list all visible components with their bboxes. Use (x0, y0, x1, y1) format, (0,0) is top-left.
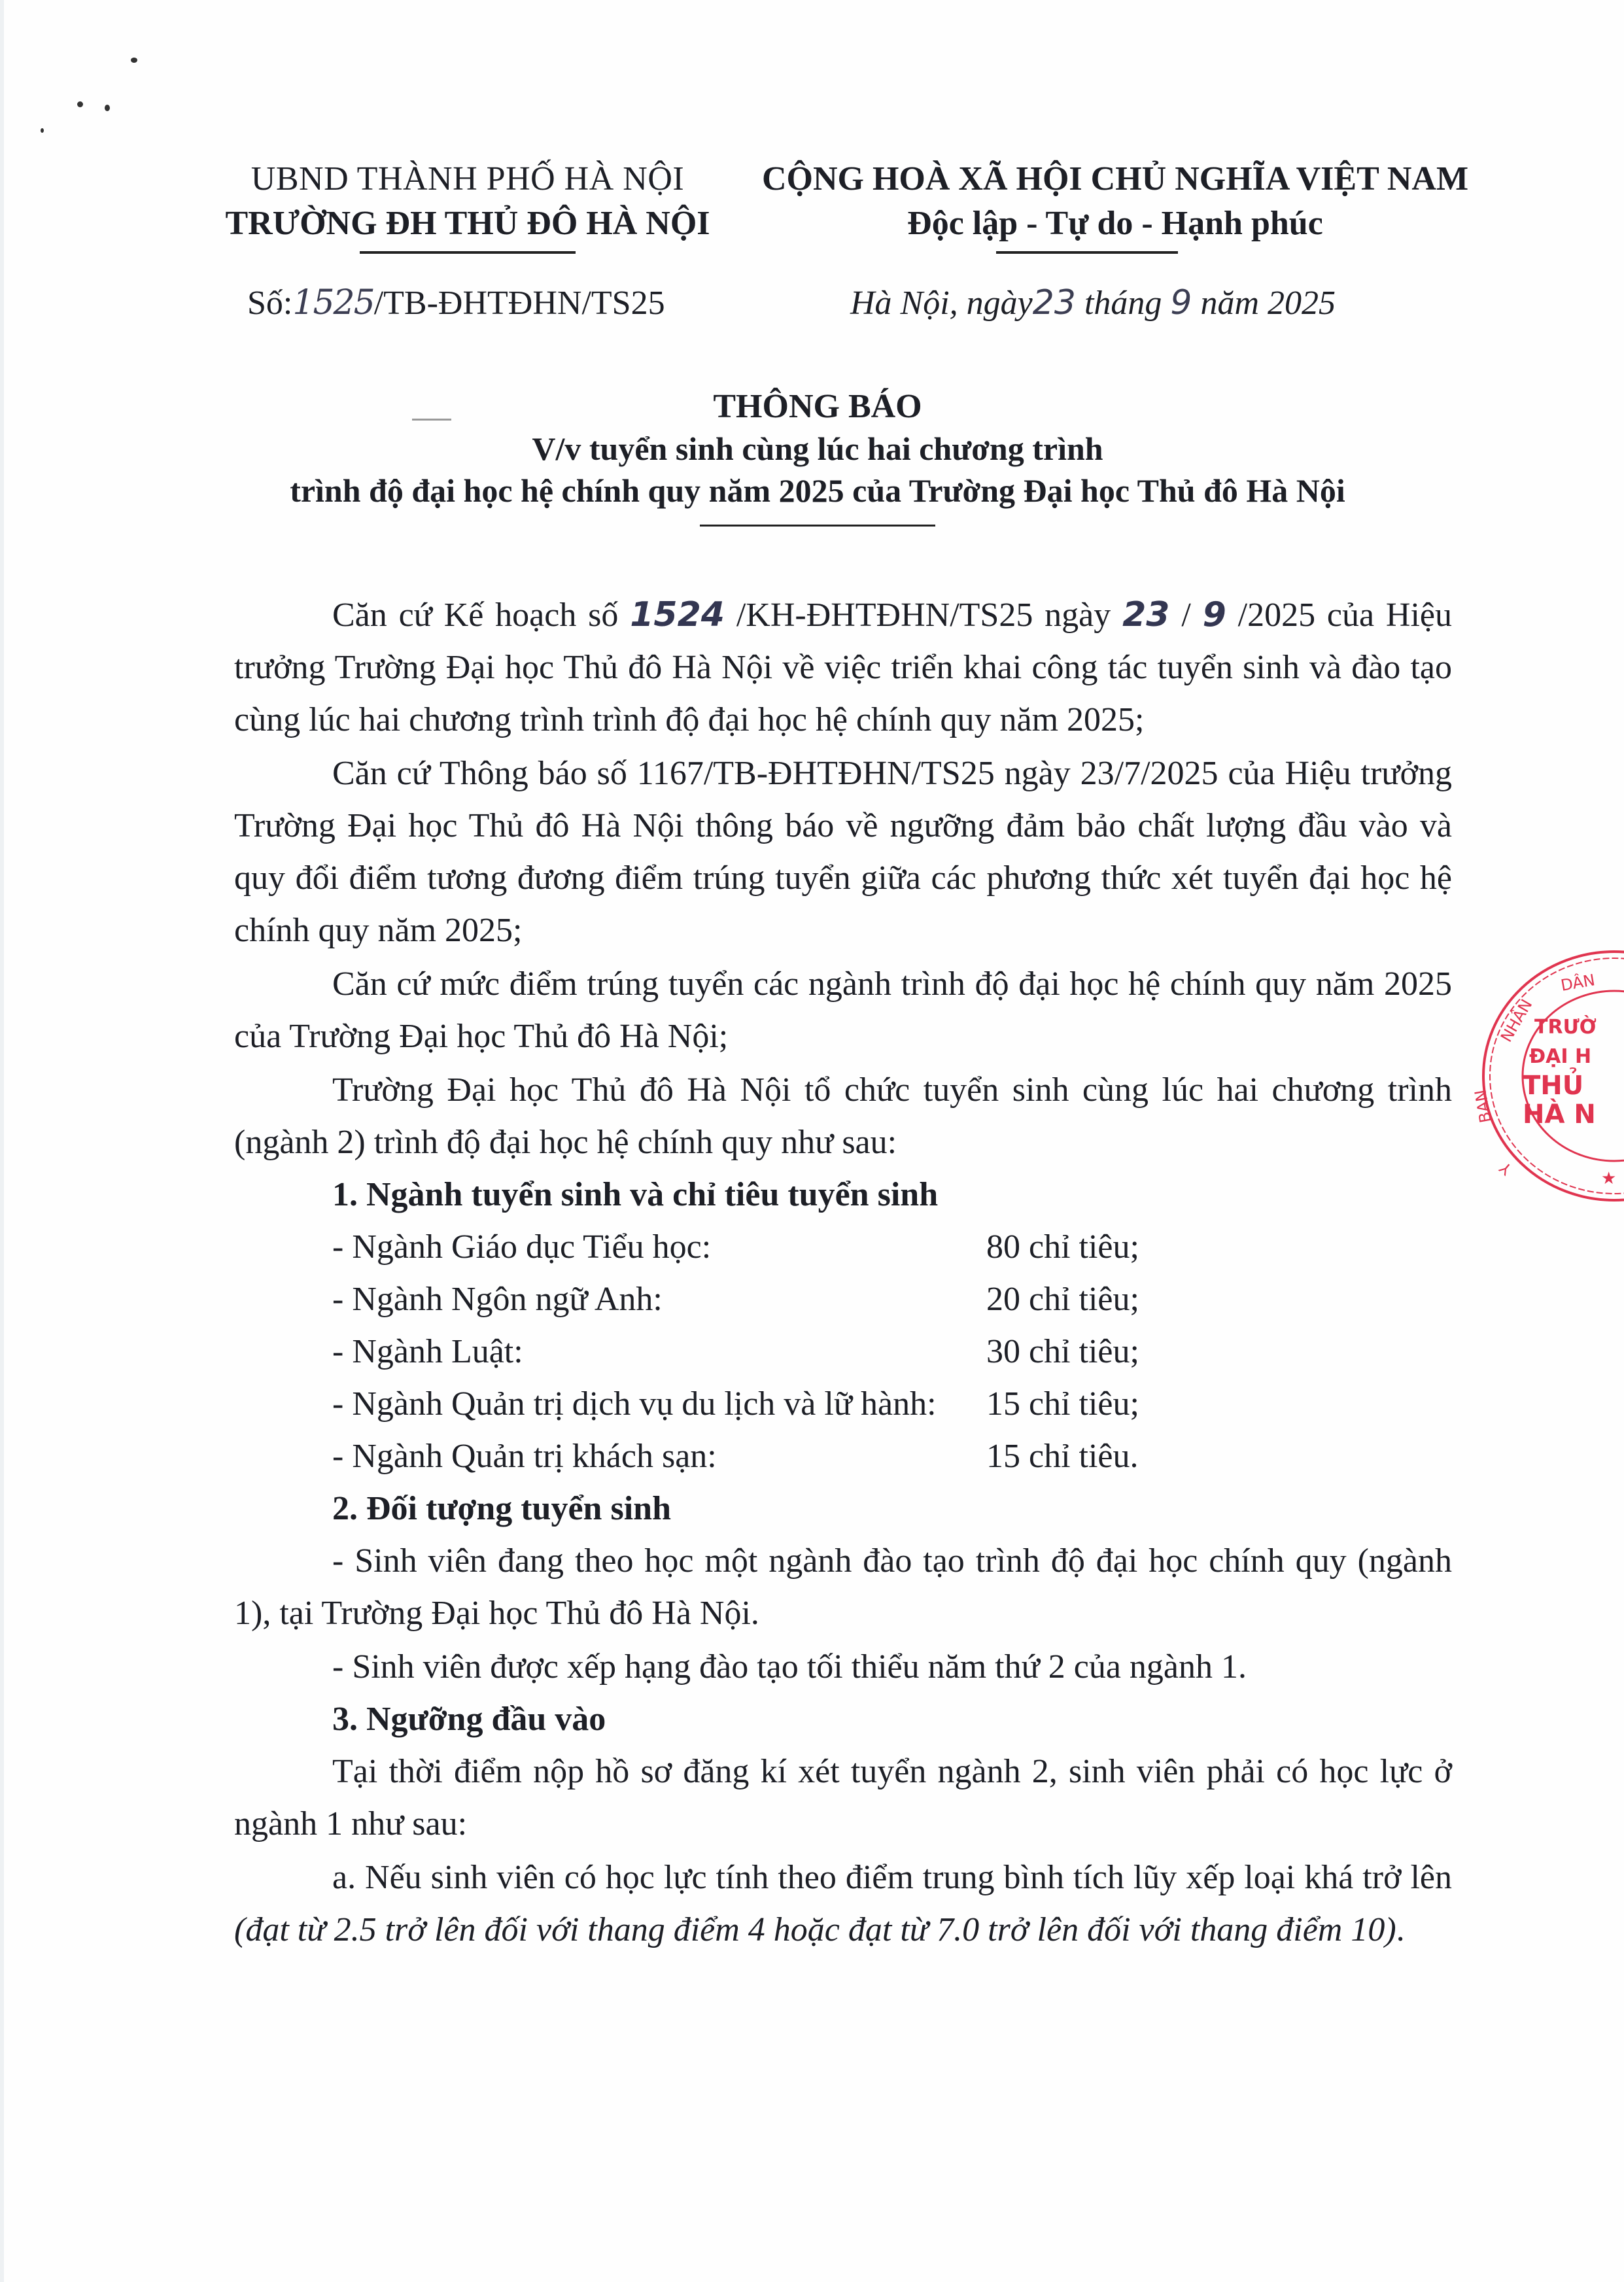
basis-paragraph-2: Căn cứ Thông báo số 1167/TB-ĐHTĐHN/TS25 … (234, 748, 1452, 957)
parent-authority: UBND THÀNH PHỐ HÀ NỘI (196, 157, 739, 201)
plan-number-handwritten: 1524 (630, 595, 725, 634)
eligibility-item: - Sinh viên được xếp hạng đào tạo tối th… (234, 1641, 1452, 1693)
quota-major: - Ngành Quản trị dịch vụ du lịch và lữ h… (332, 1378, 986, 1430)
title-heading: THÔNG BÁO (196, 386, 1439, 428)
header-rule (360, 251, 576, 254)
quota-major: - Ngành Giáo dục Tiểu học: (332, 1221, 986, 1273)
quota-major: - Ngành Quản trị khách sạn: (332, 1430, 986, 1483)
basis1-text: Căn cứ Kế hoạch số (332, 596, 630, 634)
scan-speck (41, 128, 44, 133)
national-motto: CỘNG HOÀ XÃ HỘI CHỦ NGHĨA VIỆT NAM Độc l… (739, 157, 1491, 254)
date-month: 9 (1170, 283, 1192, 322)
svg-text:HÀ N: HÀ N (1523, 1098, 1596, 1130)
svg-text:Y: Y (1496, 1158, 1515, 1179)
quota-row: - Ngành Quản trị dịch vụ du lịch và lữ h… (234, 1378, 1452, 1430)
quota-count: 30 chỉ tiêu; (986, 1326, 1139, 1378)
document-number: Số:1525/TB-ĐHTĐHN/TS25 (247, 281, 665, 325)
country-name: CỘNG HOÀ XÃ HỘI CHỦ NGHĨA VIỆT NAM (739, 157, 1491, 201)
svg-text:★: ★ (1601, 1169, 1616, 1188)
quota-major: - Ngành Ngôn ngữ Anh: (332, 1273, 986, 1326)
date-year: năm 2025 (1192, 285, 1336, 322)
quota-count: 20 chỉ tiêu; (986, 1273, 1139, 1326)
scan-speck (105, 105, 110, 111)
basis-paragraph-1: Căn cứ Kế hoạch số 1524 /KH-ĐHTĐHN/TS25 … (234, 589, 1452, 746)
section-1-title: 1. Ngành tuyển sinh và chỉ tiêu tuyển si… (234, 1169, 1452, 1221)
basis-paragraph-3: Căn cứ mức điểm trúng tuyển các ngành tr… (234, 958, 1452, 1063)
basis1-text: /KH-ĐHTĐHN/TS25 ngày (725, 596, 1122, 634)
section-2-title: 2. Đối tượng tuyển sinh (234, 1483, 1452, 1535)
notice-body: Căn cứ Kế hoạch số 1524 /KH-ĐHTĐHN/TS25 … (234, 589, 1452, 1956)
basis1-sep: / (1169, 596, 1202, 634)
svg-text:DÂN: DÂN (1559, 970, 1597, 995)
quota-list: - Ngành Giáo dục Tiểu học:80 chỉ tiêu;- … (234, 1221, 1452, 1483)
svg-text:THỦ: THỦ (1523, 1066, 1583, 1101)
title-subject-1: V/v tuyển sinh cùng lúc hai chương trình (196, 428, 1439, 470)
motto: Độc lập - Tự do - Hạnh phúc (739, 201, 1491, 246)
date-day: 23 (1033, 283, 1076, 322)
notice-title: THÔNG BÁO V/v tuyển sinh cùng lúc hai ch… (196, 386, 1439, 527)
scan-speck (77, 101, 83, 107)
quota-row: - Ngành Giáo dục Tiểu học:80 chỉ tiêu; (234, 1221, 1452, 1273)
quota-count: 15 chỉ tiêu. (986, 1430, 1139, 1483)
quota-row: - Ngành Quản trị khách sạn:15 chỉ tiêu. (234, 1430, 1452, 1483)
official-seal: TRƯỜ ĐẠI H THỦ HÀ N ★ DÂN NHÂN BAN Y (1477, 952, 1624, 1200)
date-month-label: tháng (1076, 285, 1170, 322)
threshold-a-end: . (1396, 1911, 1405, 1948)
quota-row: - Ngành Luật:30 chỉ tiêu; (234, 1326, 1452, 1378)
eligibility-item: - Sinh viên đang theo học một ngành đào … (234, 1535, 1452, 1640)
doc-number-handwritten: 1525 (292, 283, 373, 322)
threshold-item-a: a. Nếu sinh viên có học lực tính theo đi… (234, 1852, 1452, 1956)
document-page: UBND THÀNH PHỐ HÀ NỘI TRƯỜNG ĐH THỦ ĐÔ H… (0, 0, 1624, 2282)
quota-major: - Ngành Luật: (332, 1326, 986, 1378)
threshold-a-scale: (đạt từ 2.5 trở lên đối với thang điểm 4… (234, 1911, 1396, 1948)
intro-paragraph: Trường Đại học Thủ đô Hà Nội tổ chức tuy… (234, 1064, 1452, 1169)
svg-text:NHÂN: NHÂN (1496, 996, 1536, 1045)
quota-row: - Ngành Ngôn ngữ Anh:20 chỉ tiêu; (234, 1273, 1452, 1326)
threshold-a-text: a. Nếu sinh viên có học lực tính theo đi… (332, 1859, 1452, 1896)
section-3-title: 3. Ngưỡng đầu vào (234, 1693, 1452, 1746)
doc-number-suffix: /TB-ĐHTĐHN/TS25 (374, 285, 665, 322)
svg-text:ĐẠI H: ĐẠI H (1529, 1045, 1591, 1068)
quota-count: 80 chỉ tiêu; (986, 1221, 1139, 1273)
threshold-intro: Tại thời điểm nộp hồ sơ đăng kí xét tuyể… (234, 1746, 1452, 1850)
title-subject-2: trình độ đại học hệ chính quy năm 2025 c… (196, 470, 1439, 511)
quota-count: 15 chỉ tiêu; (986, 1378, 1139, 1430)
motto-rule (996, 251, 1178, 254)
doc-number-prefix: Số: (247, 285, 292, 322)
seal-line-1: TRƯỜ (1534, 1014, 1597, 1039)
scan-edge (0, 0, 4, 2282)
date-prefix: Hà Nội, ngày (850, 285, 1033, 322)
document-date: Hà Nội, ngày23 tháng 9 năm 2025 (850, 281, 1336, 325)
issuing-authority: UBND THÀNH PHỐ HÀ NỘI TRƯỜNG ĐH THỦ ĐÔ H… (196, 157, 739, 254)
plan-month-handwritten: 9 (1203, 595, 1226, 634)
plan-day-handwritten: 23 (1122, 595, 1169, 634)
institution-name: TRƯỜNG ĐH THỦ ĐÔ HÀ NỘI (196, 201, 739, 246)
title-rule (700, 525, 935, 527)
scan-speck (131, 58, 137, 63)
